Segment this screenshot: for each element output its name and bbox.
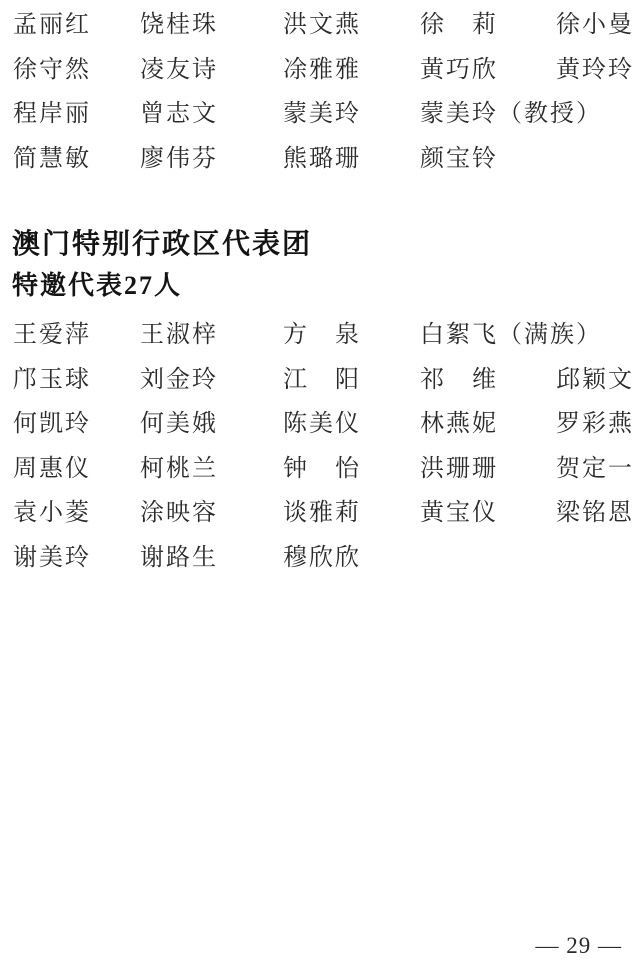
delegate-name: 孟丽红 <box>13 3 140 48</box>
delegate-name: 洪珊珊 <box>420 447 556 492</box>
delegate-name: 徐 莉 <box>420 3 556 48</box>
delegate-name: 王爱萍 <box>13 313 140 358</box>
empty-cell <box>556 536 642 581</box>
delegate-name: 方 泉 <box>283 313 420 358</box>
empty-cell <box>420 536 556 581</box>
delegate-name: 徐守然 <box>13 48 140 93</box>
delegate-name: 熊璐珊 <box>283 137 420 182</box>
name-row: 王爱萍王淑梓方 泉白絮飞（满族） <box>0 313 642 358</box>
delegate-name: 刘金玲 <box>140 358 283 403</box>
document-page: 孟丽红饶桂珠洪文燕徐 莉徐小曼徐守然凌友诗凃雅雅黄巧欣黄玲玲程岸丽曾志文蒙美玲蒙… <box>0 0 642 971</box>
delegate-name: 凃雅雅 <box>283 48 420 93</box>
delegate-name: 何凯玲 <box>13 402 140 447</box>
delegate-name: 穆欣欣 <box>283 536 420 581</box>
name-row: 何凯玲何美娥陈美仪林燕妮罗彩燕 <box>0 402 642 447</box>
delegate-name: 邝玉球 <box>13 358 140 403</box>
macau-delegate-list: 王爱萍王淑梓方 泉白絮飞（满族）邝玉球刘金玲江 阳祁 维邱颖文何凯玲何美娥陈美仪… <box>0 313 642 580</box>
delegate-name: 林燕妮 <box>420 402 556 447</box>
delegate-name: 蒙美玲（教授） <box>420 92 556 137</box>
delegate-name: 谢路生 <box>140 536 283 581</box>
delegate-name: 袁小菱 <box>13 491 140 536</box>
delegate-name: 梁铭恩 <box>556 491 642 536</box>
delegate-name: 黄宝仪 <box>420 491 556 536</box>
name-row: 徐守然凌友诗凃雅雅黄巧欣黄玲玲 <box>0 48 642 93</box>
section-subtitle: 特邀代表27人 <box>12 270 182 301</box>
continued-delegate-list: 孟丽红饶桂珠洪文燕徐 莉徐小曼徐守然凌友诗凃雅雅黄巧欣黄玲玲程岸丽曾志文蒙美玲蒙… <box>0 3 642 181</box>
delegate-name: 蒙美玲 <box>283 92 420 137</box>
delegate-name: 贺定一 <box>556 447 642 492</box>
delegate-name: 洪文燕 <box>283 3 420 48</box>
name-row: 袁小菱涂映容谈雅莉黄宝仪梁铭恩 <box>0 491 642 536</box>
delegate-name: 曾志文 <box>140 92 283 137</box>
name-row: 谢美玲谢路生穆欣欣 <box>0 536 642 581</box>
delegate-name: 涂映容 <box>140 491 283 536</box>
name-row: 邝玉球刘金玲江 阳祁 维邱颖文 <box>0 358 642 403</box>
name-row: 孟丽红饶桂珠洪文燕徐 莉徐小曼 <box>0 3 642 48</box>
delegate-name: 江 阳 <box>283 358 420 403</box>
page-number: — 29 — <box>536 933 623 959</box>
delegate-name: 罗彩燕 <box>556 402 642 447</box>
empty-cell <box>556 313 642 358</box>
delegate-name: 陈美仪 <box>283 402 420 447</box>
delegate-name: 柯桃兰 <box>140 447 283 492</box>
delegate-name: 王淑梓 <box>140 313 283 358</box>
delegate-name: 祁 维 <box>420 358 556 403</box>
delegate-name: 饶桂珠 <box>140 3 283 48</box>
section-title: 澳门特别行政区代表团 <box>12 227 312 261</box>
delegate-name: 廖伟芬 <box>140 137 283 182</box>
delegate-name: 何美娥 <box>140 402 283 447</box>
delegate-name: 颜宝铃 <box>420 137 556 182</box>
delegate-name: 凌友诗 <box>140 48 283 93</box>
delegate-name: 徐小曼 <box>556 3 642 48</box>
delegate-name: 谢美玲 <box>13 536 140 581</box>
delegate-name: 谈雅莉 <box>283 491 420 536</box>
delegate-name: 黄巧欣 <box>420 48 556 93</box>
delegate-name: 简慧敏 <box>13 137 140 182</box>
name-row: 简慧敏廖伟芬熊璐珊颜宝铃 <box>0 137 642 182</box>
delegate-name: 钟 怡 <box>283 447 420 492</box>
empty-cell <box>556 92 642 137</box>
delegate-name: 程岸丽 <box>13 92 140 137</box>
name-row: 程岸丽曾志文蒙美玲蒙美玲（教授） <box>0 92 642 137</box>
name-row: 周惠仪柯桃兰钟 怡洪珊珊贺定一 <box>0 447 642 492</box>
delegate-name: 黄玲玲 <box>556 48 642 93</box>
delegate-name: 周惠仪 <box>13 447 140 492</box>
empty-cell <box>556 137 642 182</box>
delegate-name: 邱颖文 <box>556 358 642 403</box>
delegate-name: 白絮飞（满族） <box>420 313 556 358</box>
